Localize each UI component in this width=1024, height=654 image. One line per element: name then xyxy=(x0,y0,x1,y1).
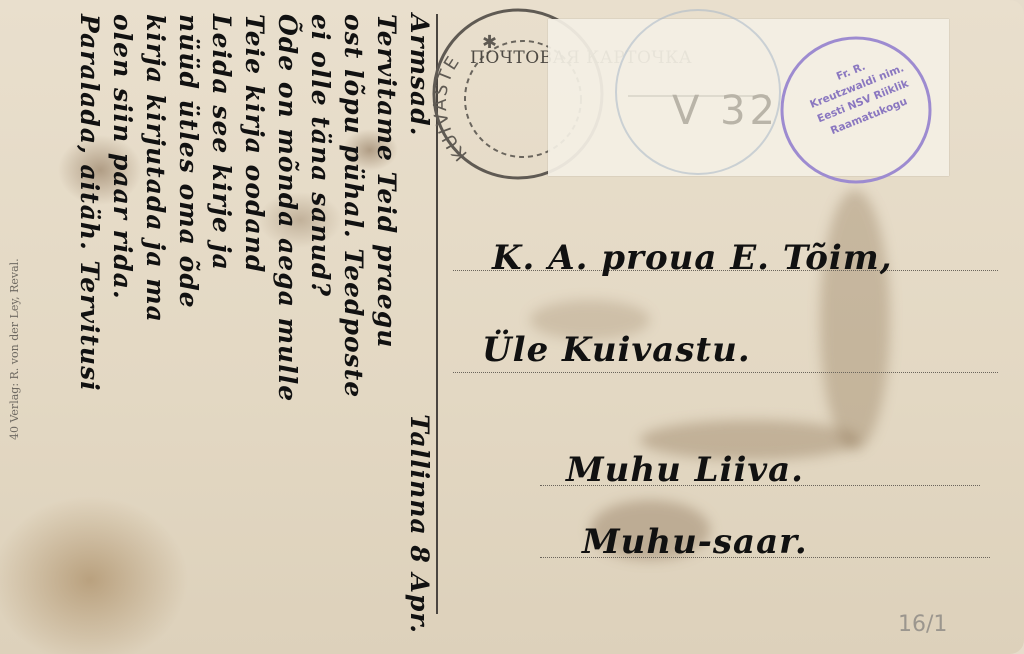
message-line: Tervitame Teid praegu xyxy=(370,14,403,644)
message-line: kirja kirjutada ja ma xyxy=(139,14,172,644)
address-line: Muhu-saar. xyxy=(582,522,808,562)
message-line: ost lõpu pühal. Teedposte xyxy=(337,14,370,644)
message-line: Õde on mõnda aega mulle xyxy=(271,14,304,644)
message-line: olen siin paar rida. xyxy=(106,14,139,644)
faint-datestamp-text: V 32 xyxy=(672,88,779,134)
message-line: ei olle täna sanud? xyxy=(304,14,337,644)
address-line: Üle Kuivastu. xyxy=(482,330,751,370)
archive-number: 16/1 xyxy=(898,612,947,637)
message-line: nüüd ütles oma õde xyxy=(172,14,205,644)
message-line: Leida see kirje ja xyxy=(205,14,238,644)
address-guide-line xyxy=(453,372,998,373)
handwritten-message: Armsad. Tallinna 8 Apr. Tervitame Teid p… xyxy=(6,14,436,644)
ink-smudge xyxy=(820,190,890,450)
message-place-date: Tallinna 8 Apr. xyxy=(403,414,436,634)
message-line: Teie kirja oodand xyxy=(238,14,271,644)
message-area: Armsad. Tallinna 8 Apr. Tervitame Teid p… xyxy=(0,0,436,654)
message-line: Paralada, aitäh. Tervitusi xyxy=(73,14,106,644)
address-line: Muhu Liiva. xyxy=(566,450,804,490)
address-line: K. A. proua E. Tõim, xyxy=(492,238,893,278)
postcard: Armsad. Tallinna 8 Apr. Tervitame Teid p… xyxy=(0,0,1024,654)
publisher-imprint: 40 Verlag: R. von der Ley, Reval. xyxy=(8,258,21,440)
